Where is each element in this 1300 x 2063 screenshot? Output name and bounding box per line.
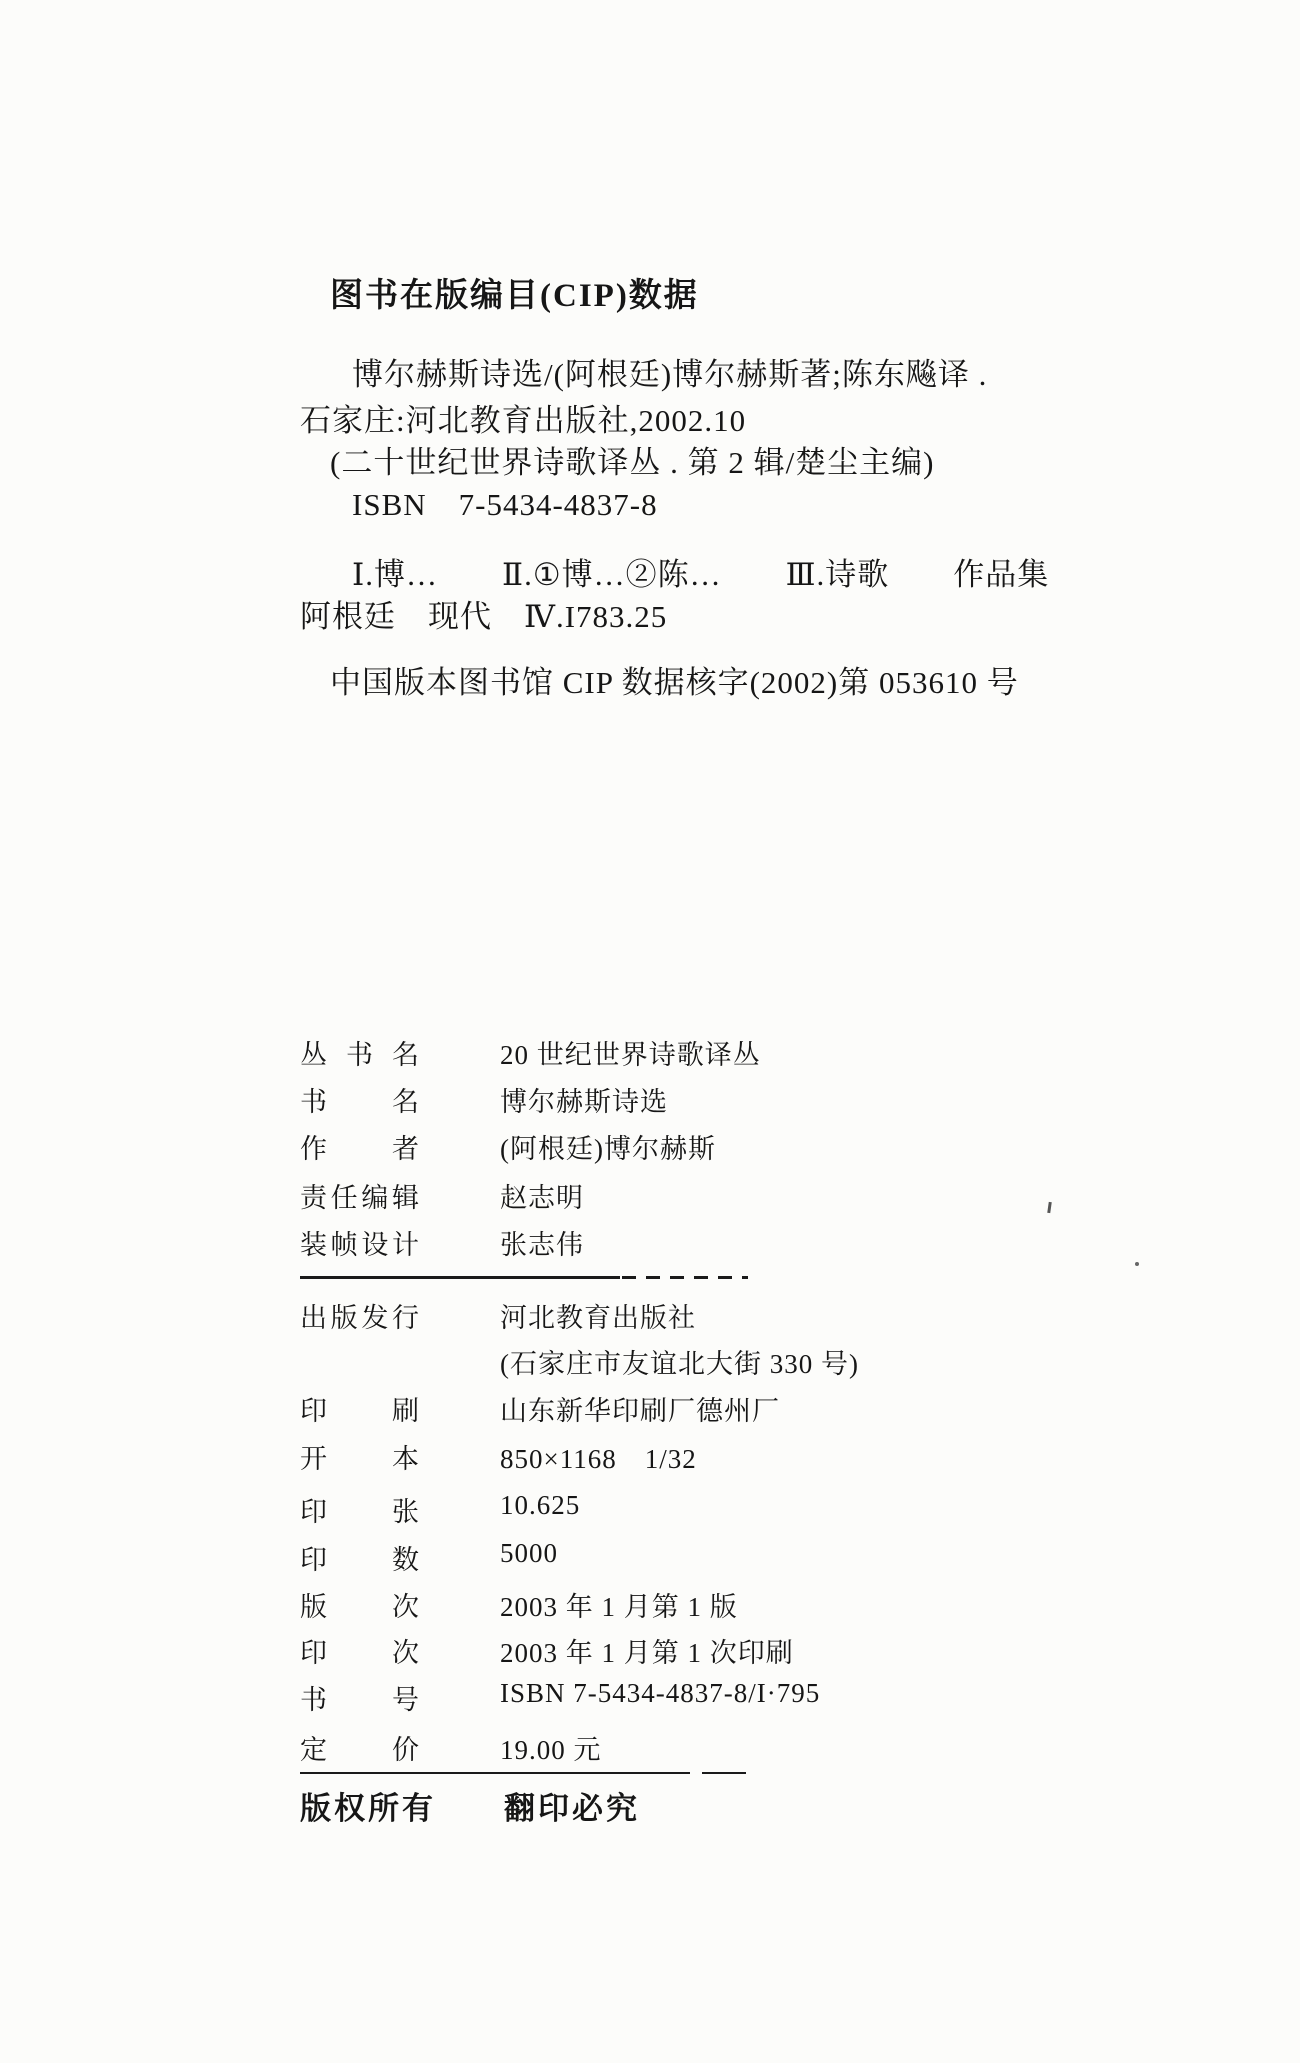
colophon-label: 定 价: [300, 1728, 420, 1767]
colophon-row: 开 本 850×1168 1/32: [300, 1437, 697, 1476]
colophon-label: 装帧设计: [300, 1223, 420, 1262]
colophon-row: 作 者 (阿根廷)博尔赫斯: [300, 1127, 716, 1166]
cip-heading: 图书在版编目(CIP)数据: [330, 276, 699, 317]
divider-line: [300, 1772, 690, 1774]
colophon-value: ISBN 7-5434-4837-8/I·795: [500, 1678, 820, 1709]
colophon-value: 5000: [500, 1538, 558, 1569]
colophon-row: 丛 书 名 20 世纪世界诗歌译丛: [300, 1033, 761, 1072]
colophon-row: 出版发行 河北教育出版社: [300, 1296, 696, 1335]
colophon-value publisher-address: (石家庄市友谊北大街 330 号): [500, 1342, 859, 1381]
colophon-value: 850×1168 1/32: [500, 1437, 697, 1476]
colophon-value: (阿根廷)博尔赫斯: [500, 1127, 716, 1166]
colophon-label: 书 名: [300, 1080, 420, 1119]
colophon-label: 印 刷: [300, 1389, 420, 1428]
colophon-label: 印 数: [300, 1538, 420, 1577]
cip-classification-line: Ⅰ.博… Ⅱ.①博…②陈… Ⅲ.诗歌 作品集: [352, 556, 1049, 595]
colophon-label: 作 者: [300, 1127, 420, 1166]
colophon-label: 开 本: [300, 1437, 420, 1476]
colophon-row: 责任编辑 赵志明: [300, 1176, 584, 1215]
colophon-row: 定 价 19.00 元: [300, 1728, 602, 1767]
scanned-copyright-page: 图书在版编目(CIP)数据 博尔赫斯诗选/(阿根廷)博尔赫斯著;陈东飚译 . 石…: [0, 0, 1300, 2063]
colophon-value: 19.00 元: [500, 1728, 602, 1767]
colophon-row: 印 数 5000: [300, 1538, 558, 1577]
colophon-row: 装帧设计 张志伟: [300, 1223, 584, 1262]
colophon-label: 版 次: [300, 1585, 420, 1624]
colophon-label: 印 张: [300, 1490, 420, 1529]
divider-line: [300, 1276, 620, 1279]
colophon-value: 10.625: [500, 1490, 580, 1521]
colophon-value: 博尔赫斯诗选: [500, 1080, 668, 1119]
colophon-row: 印 次 2003 年 1 月第 1 次印刷: [300, 1631, 794, 1670]
cip-record-line: (二十世纪世界诗歌译丛 . 第 2 辑/楚尘主编): [330, 444, 935, 483]
cip-record-line: 石家庄:河北教育出版社,2002.10: [300, 402, 746, 441]
colophon-row: 印 张 10.625: [300, 1490, 580, 1529]
colophon-label: 书 号: [300, 1678, 420, 1717]
colophon-row: 印 刷 山东新华印刷厂德州厂: [300, 1389, 780, 1428]
copyright-notice: 版权所有 翻印必究: [300, 1790, 640, 1829]
cip-classification-line: 阿根廷 现代 Ⅳ.I783.25: [300, 598, 667, 637]
colophon-value: 张志伟: [500, 1223, 584, 1262]
colophon-label: 丛 书 名: [300, 1033, 420, 1072]
colophon-value: 2003 年 1 月第 1 版: [500, 1585, 738, 1624]
divider-line-dashed: [622, 1276, 748, 1279]
scan-artifact-dot: [1135, 1262, 1139, 1266]
divider-line-dash: [702, 1772, 746, 1774]
colophon-value: 20 世纪世界诗歌译丛: [500, 1033, 761, 1072]
colophon-value: 山东新华印刷厂德州厂: [500, 1389, 780, 1428]
colophon-row: 书 号 ISBN 7-5434-4837-8/I·795: [300, 1678, 820, 1717]
colophon-value: 2003 年 1 月第 1 次印刷: [500, 1631, 794, 1670]
scan-artifact-tick: [1047, 1202, 1052, 1213]
cip-record-line: 博尔赫斯诗选/(阿根廷)博尔赫斯著;陈东飚译 .: [352, 356, 987, 395]
colophon-value: 赵志明: [500, 1176, 584, 1215]
colophon-label: 责任编辑: [300, 1176, 420, 1215]
colophon-row: 版 次 2003 年 1 月第 1 版: [300, 1585, 738, 1624]
colophon-label: 出版发行: [300, 1296, 420, 1335]
cip-registry-line: 中国版本图书馆 CIP 数据核字(2002)第 053610 号: [330, 664, 1019, 703]
colophon-row: 书 名 博尔赫斯诗选: [300, 1080, 668, 1119]
colophon-value: 河北教育出版社: [500, 1296, 696, 1335]
colophon-label: 印 次: [300, 1631, 420, 1670]
colophon-row: (石家庄市友谊北大街 330 号): [300, 1342, 859, 1381]
cip-isbn-line: ISBN 7-5434-4837-8: [352, 486, 658, 525]
